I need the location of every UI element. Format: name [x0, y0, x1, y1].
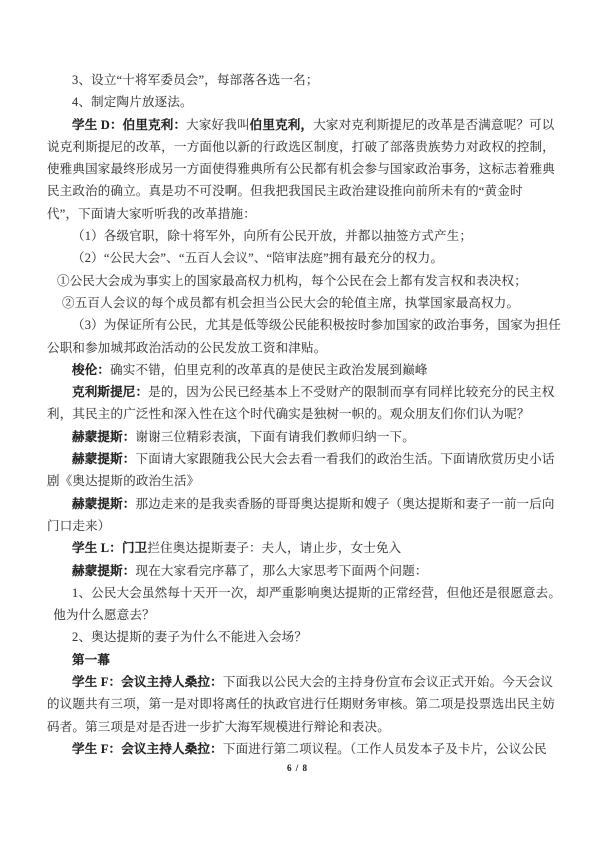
text-line: 1、公民大会虽然每十天开一次，却严重影响奥达提斯的正常经营，但他还是很愿意去。: [47, 582, 548, 604]
text-segment: 3、设立“十将军委员会”，每部落各选一名；: [72, 73, 319, 87]
document-page: 3、设立“十将军委员会”，每部落各选一名；4、制定陶片放逐法。学生 D：伯里克利…: [0, 0, 595, 841]
document-body: 3、设立“十将军委员会”，每部落各选一名；4、制定陶片放逐法。学生 D：伯里克利…: [47, 69, 548, 760]
text-segment: 确实不错，伯里克利的改革真的是使民主政治发展到巅峰: [110, 363, 428, 377]
text-line: 赫蒙提斯：下面请大家跟随我公民大会去看一看我们的政治生活。下面请欣赏历史小话: [47, 448, 548, 470]
text-line: 3、设立“十将军委员会”，每部落各选一名；: [47, 69, 548, 91]
text-line: 门口走来）: [47, 515, 548, 537]
text-segment: 的议题共有三项，第一是对即将离任的执政官进行任期财务审核。第二项是投票选出民主妨: [47, 697, 555, 711]
text-segment: 下面请大家跟随我公民大会去看一看我们的政治生活。下面请欣赏历史小话: [136, 452, 555, 466]
text-line: 使雅典国家最终形成另一方面使得雅典所有公民都有机会参与国家政治事务，这标志着雅典: [47, 158, 548, 180]
text-segment: 1、公民大会虽然每十天开一次，却严重影响奥达提斯的正常经营，但他还是很愿意去。: [72, 586, 561, 600]
text-line: 民主政治的确立。真是功不可没啊。但我把我国民主政治建设推向前所未有的“黄金时: [47, 180, 548, 202]
speaker-label: 赫蒙提斯：: [72, 452, 136, 466]
text-line: 梭伦：确实不错，伯里克利的改革真的是使民主政治发展到巅峰: [47, 359, 548, 381]
text-segment: 大家好我叫: [186, 118, 250, 132]
text-segment: ①公民大会成为事实上的国家最高权力机构，每个公民在会上都有发言权和表决权；: [57, 274, 527, 288]
speaker-label: 学生 F：会议主持人桑拉：: [72, 675, 223, 689]
text-segment: 码者。第三项是对是否进一步扩大海军规模进行辩论和表决。: [47, 720, 390, 734]
speaker-label: 伯里克利，: [250, 118, 314, 132]
text-segment: 他为什么愿意去？: [53, 608, 155, 622]
text-segment: ②五百人会议的每个成员都有机会担当公民大会的轮值主席，执掌国家最高权力。: [62, 296, 519, 310]
text-line: 4、制定陶片放逐法。: [47, 91, 548, 113]
text-line: 学生 D：伯里克利：大家好我叫伯里克利，大家对克利斯提尼的改革是否满意呢？可以: [47, 114, 548, 136]
text-segment: （1）各级官职，除十将军外，向所有公民开放，并都以抽签方式产生；: [72, 229, 472, 243]
text-line: 代”，下面请大家听听我的改革措施：: [47, 203, 548, 225]
text-segment: 大家对克利斯提尼的改革是否满意呢？可以: [313, 118, 554, 132]
text-segment: 是的，因为公民已经基本上不受财产的限制而享有同样比较充分的民主权: [148, 385, 554, 399]
text-segment: （3）为保证所有公民，尤其是低等级公民能积极按时参加国家的政治事务，国家为担任: [72, 318, 561, 332]
text-line: ②五百人会议的每个成员都有机会担当公民大会的轮值主席，执掌国家最高权力。: [47, 292, 548, 314]
text-line: 公职和参加城邦政治活动的公民发放工资和津贴。: [47, 337, 548, 359]
text-segment: 门口走来）: [47, 519, 111, 533]
text-segment: 谢谢三位精彩表演，下面有请我们教师归纳一下。: [136, 430, 415, 444]
text-line: 赫蒙提斯：谢谢三位精彩表演，下面有请我们教师归纳一下。: [47, 426, 548, 448]
text-segment: （2）“公民大会”、“五百人会议”、“陪审法庭”拥有最充分的权力。: [72, 251, 443, 265]
text-segment: 说克利斯提尼的改革，一方面他以新的行政选区制度，打破了部落贵族势力对政权的控制，: [47, 140, 555, 154]
speaker-label: 赫蒙提斯：: [72, 497, 136, 511]
text-line: 他为什么愿意去？: [47, 604, 548, 626]
text-line: （1）各级官职，除十将军外，向所有公民开放，并都以抽签方式产生；: [47, 225, 548, 247]
speaker-label: 第一幕: [72, 653, 110, 667]
page-number: 6 / 8: [0, 763, 595, 773]
text-segment: 利，其民主的广泛性和深入性在这个时代确实是独树一帜的。观众朋友们你们认为呢？: [47, 407, 530, 421]
speaker-label: 克利斯提尼：: [72, 385, 148, 399]
text-segment: 下面我以公民大会的主持身份宣布会议正式开始。今天会议: [223, 675, 553, 689]
text-line: （2）“公民大会”、“五百人会议”、“陪审法庭”拥有最充分的权力。: [47, 247, 548, 269]
text-segment: 4、制定陶片放逐法。: [72, 95, 193, 109]
text-segment: 使雅典国家最终形成另一方面使得雅典所有公民都有机会参与国家政治事务，这标志着雅典: [47, 162, 555, 176]
text-line: 利，其民主的广泛性和深入性在这个时代确实是独树一帜的。观众朋友们你们认为呢？: [47, 403, 548, 425]
text-segment: 民主政治的确立。真是功不可没啊。但我把我国民主政治建设推向前所未有的“黄金时: [47, 184, 523, 198]
text-segment: 现在大家看完序幕了，那么大家思考下面两个问题：: [136, 564, 428, 578]
text-line: 赫蒙提斯：那边走来的是我卖香肠的哥哥奥达提斯和嫂子（奥达提斯和妻子一前一后向: [47, 493, 548, 515]
text-line: ①公民大会成为事实上的国家最高权力机构，每个公民在会上都有发言权和表决权；: [47, 270, 548, 292]
text-line: 码者。第三项是对是否进一步扩大海军规模进行辩论和表决。: [47, 716, 548, 738]
text-line: 的议题共有三项，第一是对即将离任的执政官进行任期财务审核。第二项是投票选出民主妨: [47, 693, 548, 715]
text-line: （3）为保证所有公民，尤其是低等级公民能积极按时参加国家的政治事务，国家为担任: [47, 314, 548, 336]
text-segment: 下面进行第二项议程。（工作人员发本子及卡片，公议公民: [223, 742, 547, 756]
text-segment: 那边走来的是我卖香肠的哥哥奥达提斯和嫂子（奥达提斯和妻子一前一后向: [136, 497, 555, 511]
text-line: 克利斯提尼：是的，因为公民已经基本上不受财产的限制而享有同样比较充分的民主权: [47, 381, 548, 403]
text-segment: 公职和参加城邦政治活动的公民发放工资和津贴。: [47, 341, 326, 355]
text-line: 说克利斯提尼的改革，一方面他以新的行政选区制度，打破了部落贵族势力对政权的控制，: [47, 136, 548, 158]
text-line: 2、奥达提斯的妻子为什么不能进入会场？: [47, 626, 548, 648]
text-line: 学生 L：门卫拦住奥达提斯妻子：夫人，请止步，女士免入: [47, 537, 548, 559]
text-segment: 代”，下面请大家听听我的改革措施：: [47, 207, 256, 221]
speaker-label: 学生 L：门卫: [72, 541, 147, 555]
text-line: 学生 F：会议主持人桑拉：下面我以公民大会的主持身份宣布会议正式开始。今天会议: [47, 671, 548, 693]
text-line: 赫蒙提斯：现在大家看完序幕了，那么大家思考下面两个问题：: [47, 560, 548, 582]
speaker-label: 赫蒙提斯：: [72, 430, 136, 444]
text-line: 学生 F：会议主持人桑拉：下面进行第二项议程。（工作人员发本子及卡片，公议公民: [47, 738, 548, 760]
text-line: 剧《奥达提斯的政治生活》: [47, 470, 548, 492]
text-segment: 2、奥达提斯的妻子为什么不能进入会场？: [72, 630, 307, 644]
speaker-label: 学生 D：伯里克利：: [72, 118, 186, 132]
speaker-label: 梭伦：: [72, 363, 110, 377]
speaker-label: 学生 F：会议主持人桑拉：: [72, 742, 223, 756]
text-segment: 拦住奥达提斯妻子：夫人，请止步，女士免入: [147, 541, 401, 555]
text-line: 第一幕: [47, 649, 548, 671]
speaker-label: 赫蒙提斯：: [72, 564, 136, 578]
text-segment: 剧《奥达提斯的政治生活》: [47, 474, 199, 488]
